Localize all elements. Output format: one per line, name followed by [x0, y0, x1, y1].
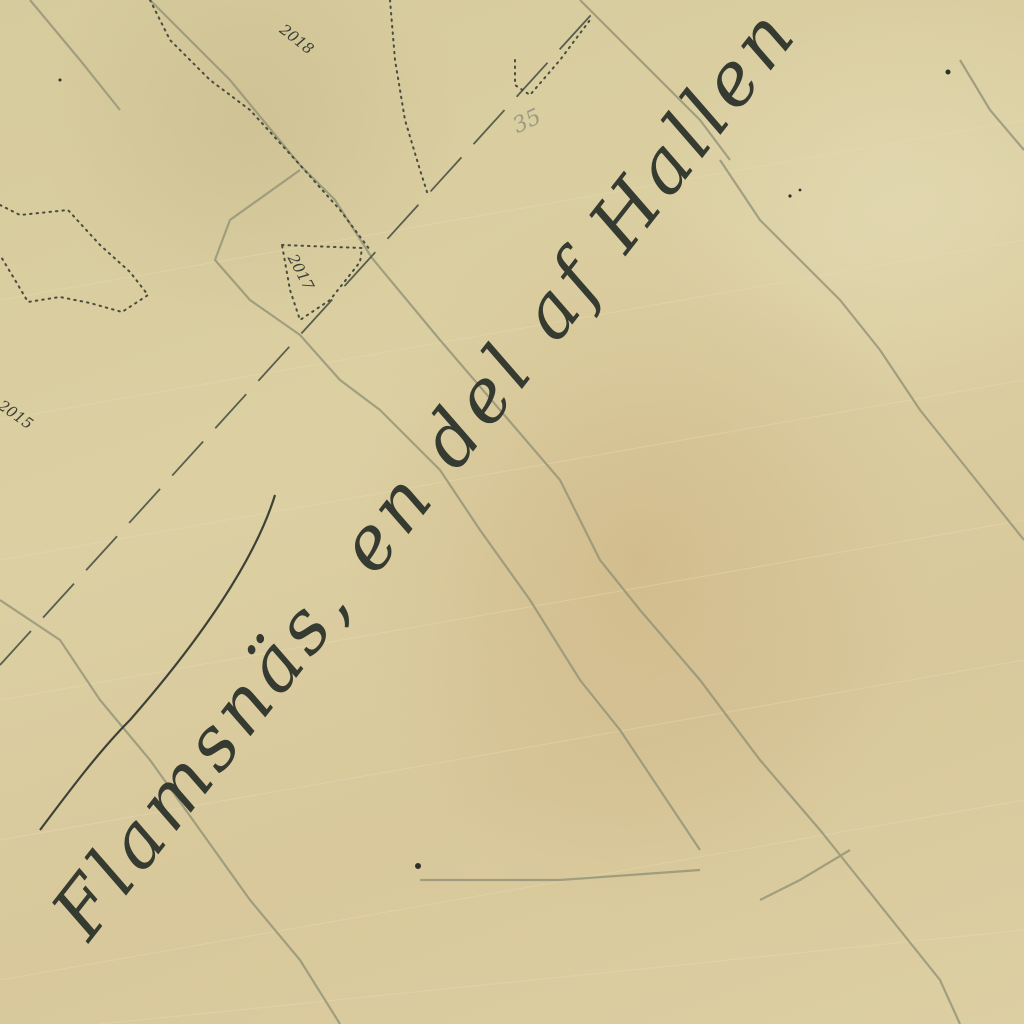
map-canvas[interactable]: 2018 2017 2015 35 Flamsnäs, en del af Ha…	[0, 0, 1024, 1024]
